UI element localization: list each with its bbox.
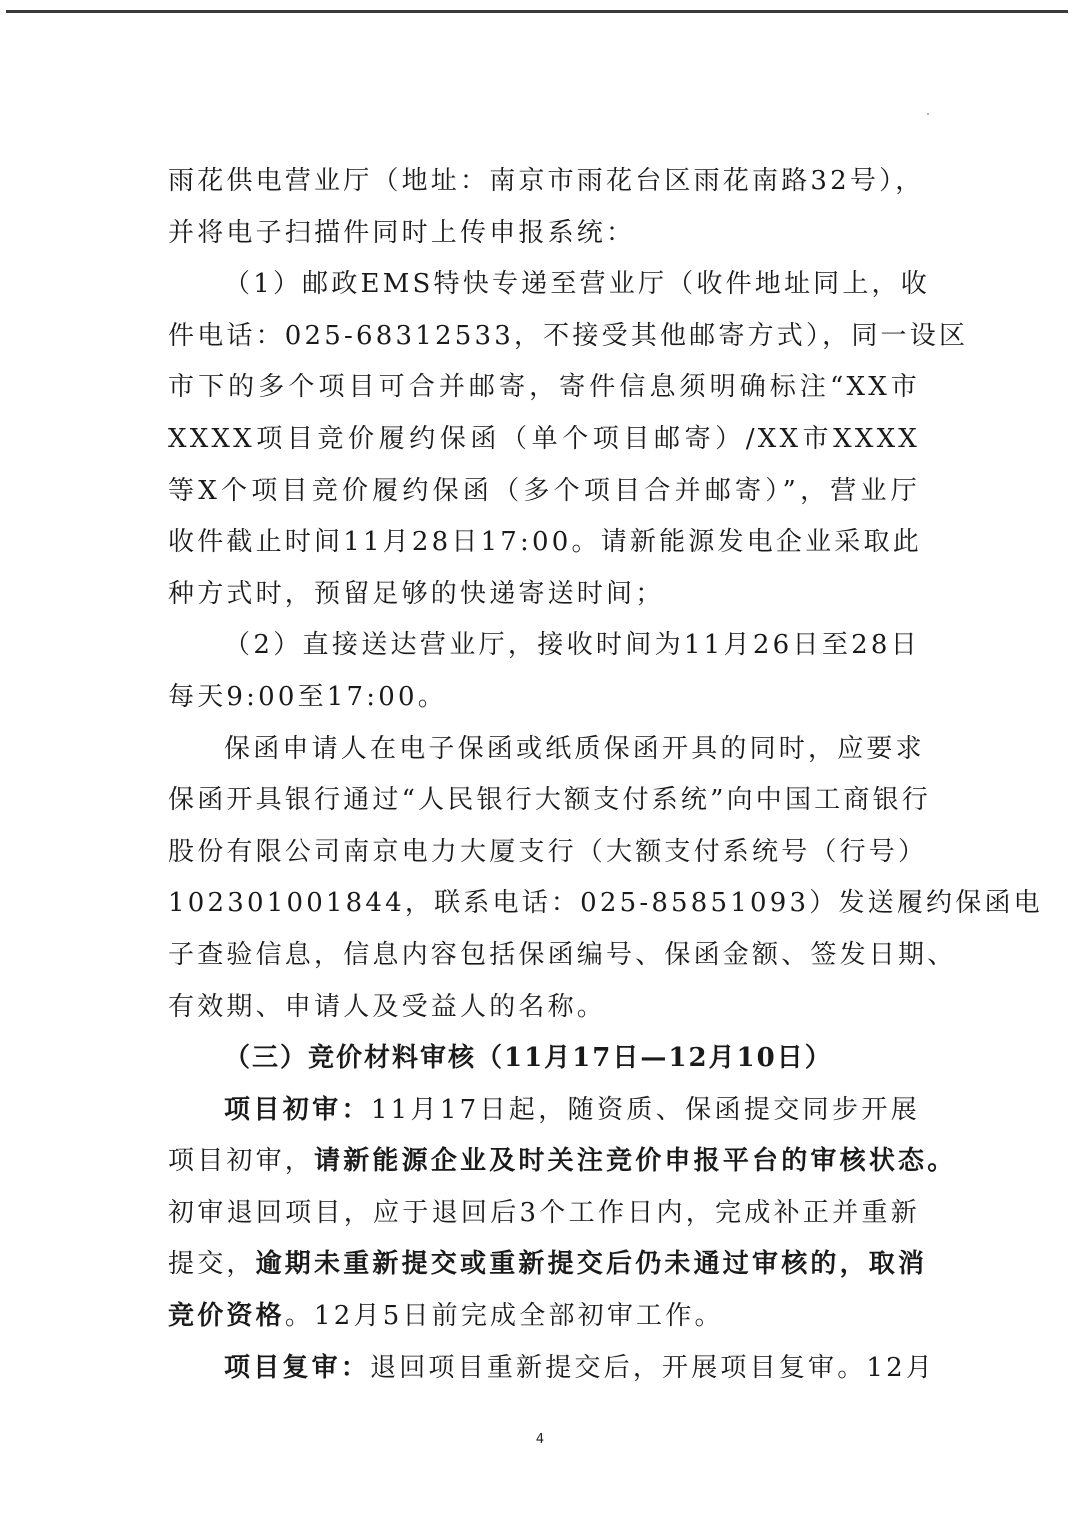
text-line: 项目初审，请新能源企业及时关注竞价申报平台的审核状态。 [168, 1136, 920, 1188]
emphasis-text: 竞价资格 [168, 1301, 285, 1331]
text-line: XXXX项目竞价履约保函（单个项目邮寄）/XX市XXXX [168, 414, 920, 466]
text-line: 子查验信息，信息内容包括保函编号、保函金额、签发日期、 [168, 930, 920, 982]
text-line: 并将电子扫描件同时上传申报系统： [168, 208, 920, 260]
text-line: 提交，逾期未重新提交或重新提交后仍未通过审核的，取消 [168, 1239, 920, 1291]
text-line: 保函开具银行通过“人民银行大额支付系统”向中国工商银行 [168, 775, 920, 827]
text-span: 提交， [168, 1249, 256, 1279]
text-line: 项目复审：退回项目重新提交后，开展项目复审。12月 [168, 1343, 920, 1395]
text-line: 收件截止时间11月28日17:00。请新能源发电企业采取此 [168, 517, 920, 569]
document-body: 雨花供电营业厅（地址：南京市雨花台区雨花南路32号）， 并将电子扫描件同时上传申… [168, 156, 920, 1394]
text-line: 竞价资格。12月5日前完成全部初审工作。 [168, 1291, 920, 1343]
text-span: 退回项目重新提交后，开展项目复审。12月 [370, 1353, 935, 1383]
text-line: 雨花供电营业厅（地址：南京市雨花台区雨花南路32号）， [168, 156, 920, 208]
text-span: 11月17日起，随资质、保函提交同步开展 [371, 1095, 920, 1125]
page-number: 4 [0, 1432, 1080, 1447]
text-line: 股份有限公司南京电力大厦支行（大额支付系统号（行号） [168, 827, 920, 879]
text-span: 。12月5日前完成全部初审工作。 [285, 1301, 724, 1331]
text-line: 初审退回项目，应于退回后3个工作日内，完成补正并重新 [168, 1188, 920, 1240]
text-line: 种方式时，预留足够的快递寄送时间； [168, 569, 920, 621]
top-border-rule [6, 10, 1068, 13]
text-line: 件电话：025-68312533，不接受其他邮寄方式），同一设区 [168, 311, 920, 363]
scan-speck [927, 113, 929, 115]
text-line: 保函申请人在电子保函或纸质保函开具的同时，应要求 [168, 724, 920, 776]
emphasis-text: 逾期未重新提交或重新提交后仍未通过审核的，取消 [256, 1249, 928, 1279]
text-line: 市下的多个项目可合并邮寄，寄件信息须明确标注“XX市 [168, 362, 920, 414]
text-line: 每天9:00至17:00。 [168, 672, 920, 724]
text-line: 项目初审：11月17日起，随资质、保函提交同步开展 [168, 1085, 920, 1137]
text-line: 有效期、申请人及受益人的名称。 [168, 982, 920, 1034]
initial-review-label: 项目初审： [224, 1095, 371, 1125]
section-heading: （三）竞价材料审核（11月17日—12月10日） [168, 1033, 920, 1085]
text-line: 等X个项目竞价履约保函（多个项目合并邮寄）”，营业厅 [168, 466, 920, 518]
text-line: （1）邮政EMS特快专递至营业厅（收件地址同上，收 [168, 259, 920, 311]
emphasis-text: 请新能源企业及时关注竞价申报平台的审核状态。 [314, 1146, 956, 1176]
text-line: （2）直接送达营业厅，接收时间为11月26日至28日 [168, 620, 920, 672]
text-span: 项目初审， [168, 1146, 314, 1176]
text-line: 102301001844，联系电话：025-85851093）发送履约保函电 [168, 878, 920, 930]
re-review-label: 项目复审： [224, 1353, 370, 1383]
